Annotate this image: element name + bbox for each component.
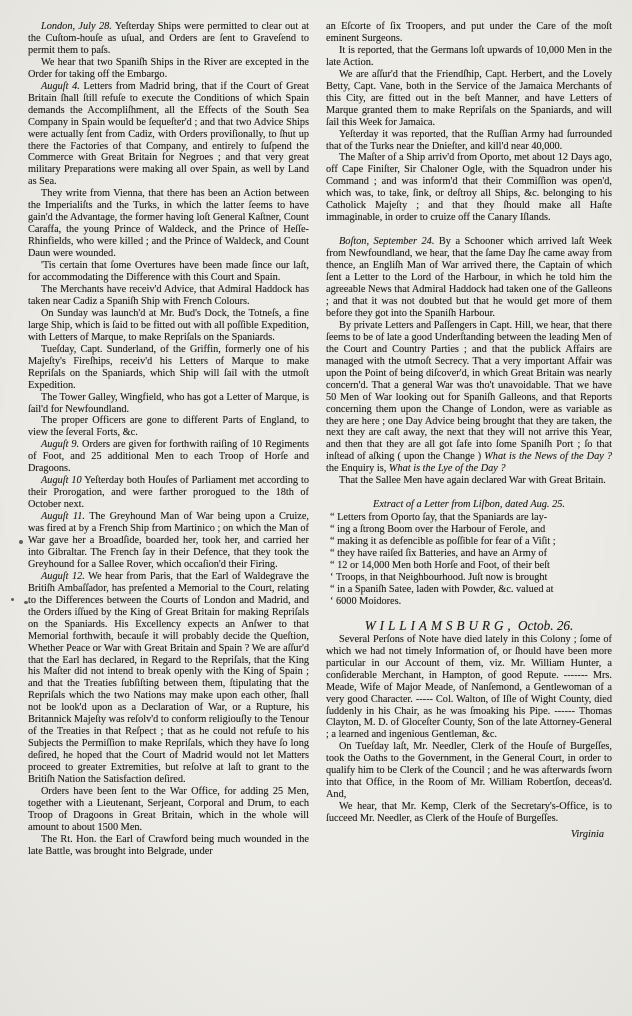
- paragraph: The Merchants have receiv'd Advice, that…: [28, 284, 309, 308]
- quoted-line: “ they have raiſed ſix Batteries, and ha…: [326, 548, 612, 560]
- paragraph-text: It is reported, that the Germans loſt up…: [326, 45, 612, 68]
- quoted-line: ‘ Troops, in that Neighbourhood. Juſt no…: [326, 572, 612, 584]
- dateline: Auguſt 4.: [41, 81, 80, 92]
- paragraph: We are aſſur'd that the Friendſhip, Capt…: [326, 69, 612, 129]
- paragraph-august-12: Auguſt 12. We hear from Paris, that the …: [28, 571, 309, 786]
- paragraph: Orders have been ſent to the War Office,…: [28, 786, 309, 834]
- ink-spot: [19, 540, 23, 544]
- paragraph-text: an Eſcorte of ſix Troopers, and put unde…: [326, 21, 612, 44]
- paragraph: On Sunday was launch'd at Mr. Bud's Dock…: [28, 308, 309, 344]
- paragraph-text: We hear that two Spaniſh Ships in the Ri…: [28, 57, 309, 80]
- paragraph: The Tower Galley, Wingfield, who has got…: [28, 392, 309, 416]
- quoted-line: “ Letters from Oporto ſay, that the Span…: [326, 512, 612, 524]
- paragraph: That the Sallee Men have again declared …: [326, 475, 612, 487]
- paragraph-text: the Enquiry is,: [326, 463, 389, 474]
- paragraph: 'Tis certain that ſome Overtures have be…: [28, 260, 309, 284]
- paragraph-text: That the Sallee Men have again declared …: [339, 475, 606, 486]
- paragraph-text: On Tueſday laſt, Mr. Needler, Clerk of t…: [326, 741, 612, 800]
- ink-spot: [11, 598, 14, 601]
- dateline: Auguſt 9.: [41, 439, 79, 450]
- paragraph: It is reported, that the Germans loſt up…: [326, 45, 612, 69]
- paragraph-text: By private Letters and Paſſengers in Cap…: [326, 320, 612, 462]
- paragraph-text: The Maſter of a Ship arriv'd from Oporto…: [326, 152, 612, 223]
- paragraph: By private Letters and Paſſengers in Cap…: [326, 320, 612, 475]
- lisbon-letter-extract: Extract of a Letter from Liſbon, dated A…: [326, 499, 612, 608]
- ink-spot: [24, 601, 28, 604]
- italic-phrase: What is the News of the Day ?: [484, 451, 612, 462]
- dateline: Boſton, September 24.: [339, 236, 434, 247]
- paragraph-text: Letters from Madrid bring, that if the C…: [28, 81, 309, 188]
- dateline: Auguſt 12.: [41, 571, 85, 582]
- paragraph-text: 'Tis certain that ſome Overtures have be…: [28, 260, 309, 283]
- paragraph: They write from Vienna, that there has b…: [28, 188, 309, 260]
- paragraph-text: Orders have been ſent to the War Office,…: [28, 786, 309, 833]
- quoted-line: ‘ 6000 Moidores.: [326, 596, 612, 608]
- dateline: Auguſt 10: [41, 475, 82, 486]
- paragraph-london-dateline: London, July 28. Yeſterday Ships were pe…: [28, 21, 309, 57]
- catchword: Virginia: [326, 829, 612, 841]
- paragraph: Yeſterday it was reported, that the Ruſſ…: [326, 129, 612, 153]
- paragraph-text: The proper Officers are gone to differen…: [28, 415, 309, 438]
- quoted-line: “ in a Spaniſh Satee, laden with Powder,…: [326, 584, 612, 596]
- williamsburg-heading: WILLIAMSBURG, Octob. 26.: [326, 619, 612, 633]
- paragraph-text: We hear from Paris, that the Earl of Wal…: [28, 571, 309, 785]
- paragraph-text: The Tower Galley, Wingfield, who has got…: [28, 392, 309, 415]
- quoted-line: “ 12 or 14,000 Men both Horſe and Foot, …: [326, 560, 612, 572]
- quoted-line: “ making it as defencible as poſſible fo…: [326, 536, 612, 548]
- dateline: Auguſt 11.: [41, 511, 85, 522]
- paragraph: We hear, that Mr. Kemp, Clerk of the Sec…: [326, 801, 612, 825]
- paragraph-august-11: Auguſt 11. The Greyhound Man of War bein…: [28, 511, 309, 571]
- paragraph: On Tueſday laſt, Mr. Needler, Clerk of t…: [326, 741, 612, 801]
- paragraph-text: They write from Vienna, that there has b…: [28, 188, 309, 259]
- paragraph-text: Several Perſons of Note have died lately…: [326, 634, 612, 741]
- paragraph-text: We hear, that Mr. Kemp, Clerk of the Sec…: [326, 801, 612, 824]
- paragraph-text: Yeſterday it was reported, that the Ruſſ…: [326, 129, 612, 152]
- paragraph-text: By a Schooner which arrived laſt Week fr…: [326, 236, 612, 319]
- paragraph-august-4: Auguſt 4. Letters from Madrid bring, tha…: [28, 81, 309, 189]
- paragraph: an Eſcorte of ſix Troopers, and put unde…: [326, 21, 612, 45]
- dateline: London, July 28.: [41, 21, 112, 32]
- paragraph: The proper Officers are gone to differen…: [28, 415, 309, 439]
- paragraph: Tueſday, Capt. Sunderland, of the Griffi…: [28, 344, 309, 392]
- paragraph-text: Tueſday, Capt. Sunderland, of the Griffi…: [28, 344, 309, 391]
- paragraph: Several Perſons of Note have died lately…: [326, 634, 612, 742]
- paragraph-text: The Merchants have receiv'd Advice, that…: [28, 284, 309, 307]
- paragraph-august-9: Auguſt 9. Orders are given for forthwith…: [28, 439, 309, 475]
- right-column: an Eſcorte of ſix Troopers, and put unde…: [326, 21, 612, 1016]
- paragraph-text: On Sunday was launch'd at Mr. Bud's Dock…: [28, 308, 309, 343]
- williamsburg-city: WILLIAMSBURG,: [365, 618, 515, 633]
- italic-phrase: What is the Lye of the Day ?: [389, 463, 506, 474]
- newspaper-page: London, July 28. Yeſterday Ships were pe…: [0, 0, 632, 1016]
- paragraph: The Rt. Hon. the Earl of Crawford being …: [28, 834, 309, 858]
- left-column: London, July 28. Yeſterday Ships were pe…: [28, 21, 309, 1016]
- extract-heading: Extract of a Letter from Liſbon, dated A…: [326, 499, 612, 511]
- williamsburg-date: Octob. 26.: [515, 618, 574, 633]
- paragraph-text: We are aſſur'd that the Friendſhip, Capt…: [326, 69, 612, 128]
- paragraph: We hear that two Spaniſh Ships in the Ri…: [28, 57, 309, 81]
- paragraph-text: The Rt. Hon. the Earl of Crawford being …: [28, 834, 309, 857]
- quoted-line: “ ing a ſtrong Boom over the Harbour of …: [326, 524, 612, 536]
- paragraph-august-10: Auguſt 10 Yeſterday both Houſes of Parli…: [28, 475, 309, 511]
- paragraph-boston-dateline: Boſton, September 24. By a Schooner whic…: [326, 236, 612, 320]
- paragraph: The Maſter of a Ship arriv'd from Oporto…: [326, 152, 612, 224]
